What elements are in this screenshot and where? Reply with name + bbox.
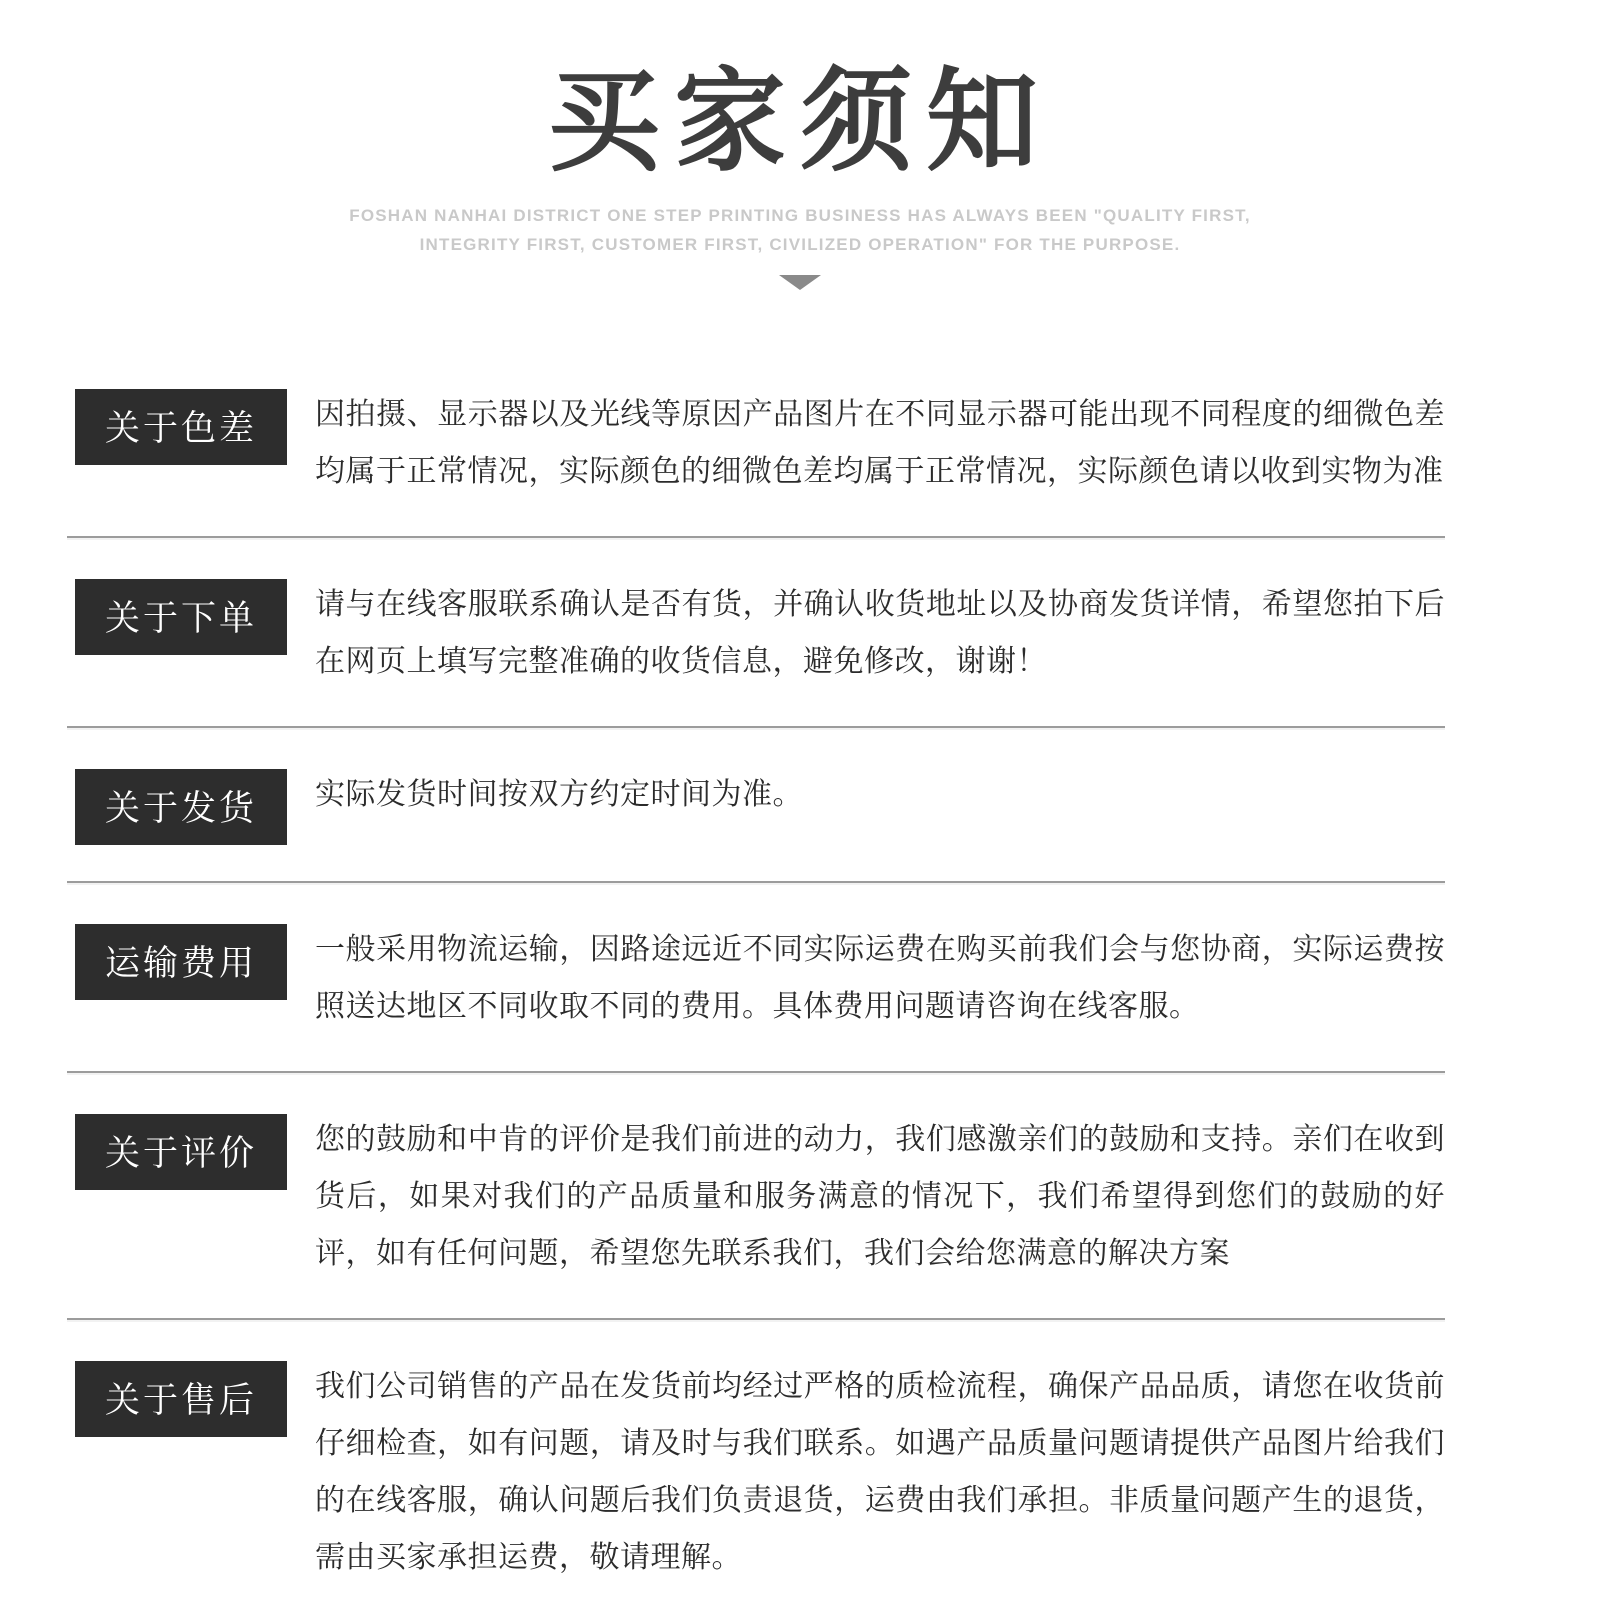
section-label: 关于色差 <box>75 389 287 465</box>
down-triangle-icon <box>779 275 821 290</box>
section-label: 关于售后 <box>75 1361 287 1437</box>
section-text: 因拍摄、显示器以及光线等原因产品图片在不同显示器可能出现不同程度的细微色差均属于… <box>315 386 1445 500</box>
notice-section-shipping: 关于发货 实际发货时间按双方约定时间为准。 <box>67 728 1445 881</box>
section-text: 您的鼓励和中肯的评价是我们前进的动力，我们感激亲们的鼓励和支持。亲们在收到货后，… <box>315 1111 1445 1282</box>
section-label: 关于评价 <box>75 1114 287 1190</box>
notice-section-reviews: 关于评价 您的鼓励和中肯的评价是我们前进的动力，我们感激亲们的鼓励和支持。亲们在… <box>67 1073 1445 1318</box>
section-text: 我们公司销售的产品在发货前均经过严格的质检流程，确保产品品质，请您在收货前仔细检… <box>315 1358 1445 1586</box>
notice-sections: 关于色差 因拍摄、显示器以及光线等原因产品图片在不同显示器可能出现不同程度的细微… <box>67 386 1445 1586</box>
notice-section-color-difference: 关于色差 因拍摄、显示器以及光线等原因产品图片在不同显示器可能出现不同程度的细微… <box>67 386 1445 536</box>
section-label: 关于发货 <box>75 769 287 845</box>
subtitle: FOSHAN NANHAI DISTRICT ONE STEP PRINTING… <box>0 201 1600 259</box>
subtitle-line-2: INTEGRITY FIRST, CUSTOMER FIRST, CIVILIZ… <box>0 230 1600 259</box>
page-title: 买家须知 <box>0 50 1600 193</box>
subtitle-line-1: FOSHAN NANHAI DISTRICT ONE STEP PRINTING… <box>0 201 1600 230</box>
section-text: 请与在线客服联系确认是否有货，并确认收货地址以及协商发货详情，希望您拍下后在网页… <box>315 576 1445 690</box>
notice-section-ordering: 关于下单 请与在线客服联系确认是否有货，并确认收货地址以及协商发货详情，希望您拍… <box>67 538 1445 726</box>
notice-header: 买家须知 FOSHAN NANHAI DISTRICT ONE STEP PRI… <box>0 0 1600 290</box>
section-label: 关于下单 <box>75 579 287 655</box>
section-text: 实际发货时间按双方约定时间为准。 <box>315 766 803 823</box>
notice-section-freight-cost: 运输费用 一般采用物流运输，因路途远近不同实际运费在购买前我们会与您协商，实际运… <box>67 883 1445 1071</box>
notice-section-after-sales: 关于售后 我们公司销售的产品在发货前均经过严格的质检流程，确保产品品质，请您在收… <box>67 1320 1445 1586</box>
section-label: 运输费用 <box>75 924 287 1000</box>
section-text: 一般采用物流运输，因路途远近不同实际运费在购买前我们会与您协商，实际运费按照送达… <box>315 921 1445 1035</box>
